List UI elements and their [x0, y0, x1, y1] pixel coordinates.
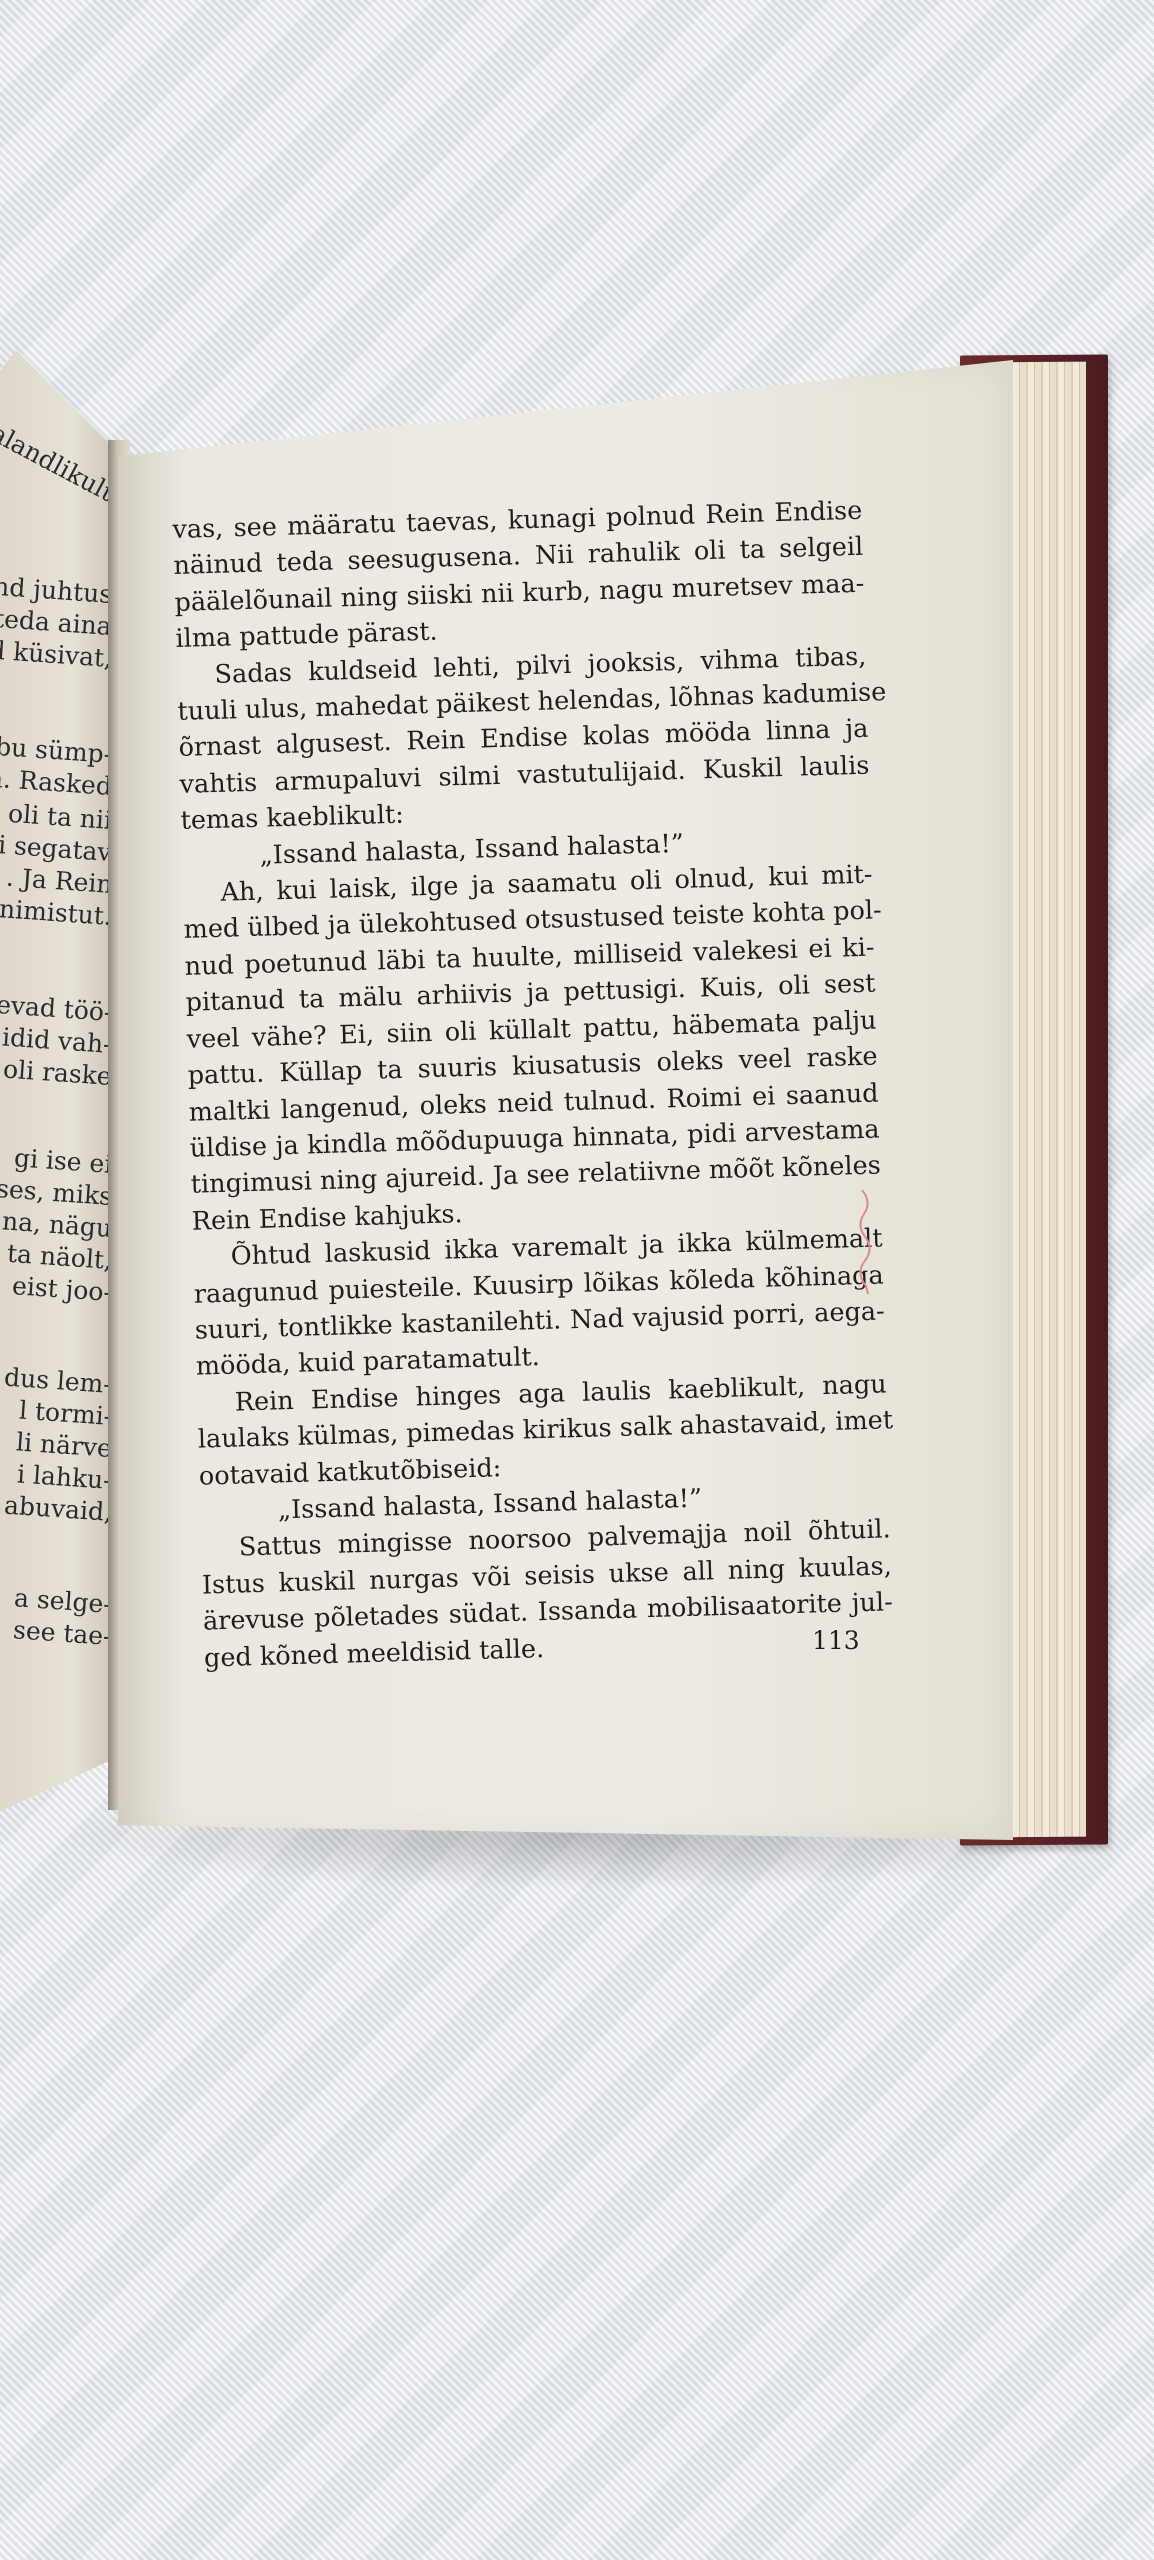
left-page-text-fragment: und juhtus	[0, 571, 113, 609]
left-page-text-fragment: a selge-	[14, 1583, 114, 1619]
left-page-text-fragment: lbu sümp-	[0, 731, 113, 769]
left-page-text-fragment: a. Rasked	[0, 763, 113, 801]
left-page-text-fragment: gi ise ei	[13, 1143, 113, 1179]
left-page-text-fragment: . Ja Rein	[5, 863, 113, 899]
left-page: alandlikultund juhtusteda ainad küsivat,…	[0, 350, 120, 1830]
page-number: 113	[812, 1626, 860, 1655]
left-page-text-fragment: d küsivat,	[0, 635, 113, 673]
left-page-text-fragment: abuvaid,	[3, 1491, 113, 1527]
left-page-text-fragment: l tormi-	[18, 1396, 113, 1431]
left-page-text-fragment: oli raske	[3, 1054, 113, 1091]
left-page-text-fragment: i segatav	[0, 830, 113, 867]
page-body-text: vas, see määratu taevas, kunagi polnud R…	[172, 493, 894, 1677]
left-page-text-fragment: nimistut.	[0, 894, 113, 931]
left-page-text-fragment: eist joo-	[11, 1271, 113, 1307]
left-page-text-fragment: na, nägu	[1, 1206, 113, 1243]
left-page-text-fragment: see tae-	[13, 1615, 113, 1651]
left-page-text-fragment: li närve	[15, 1427, 113, 1463]
left-page-text-fragment: ses, miks	[0, 1174, 113, 1211]
pencil-margin-mark	[858, 1188, 874, 1296]
left-page-text-fragment: teda aina	[0, 604, 113, 641]
left-page-text-fragment: oli ta nii	[7, 799, 113, 835]
left-page-text-fragment: i lahku-	[17, 1459, 113, 1495]
left-page-text-fragment: ta näolt,	[6, 1239, 113, 1275]
left-page-text-fragment: dus lem-	[3, 1363, 113, 1399]
left-page-text-fragment: evad töö-	[0, 990, 113, 1027]
left-page-text-fragment: idid vah-	[2, 1022, 113, 1059]
